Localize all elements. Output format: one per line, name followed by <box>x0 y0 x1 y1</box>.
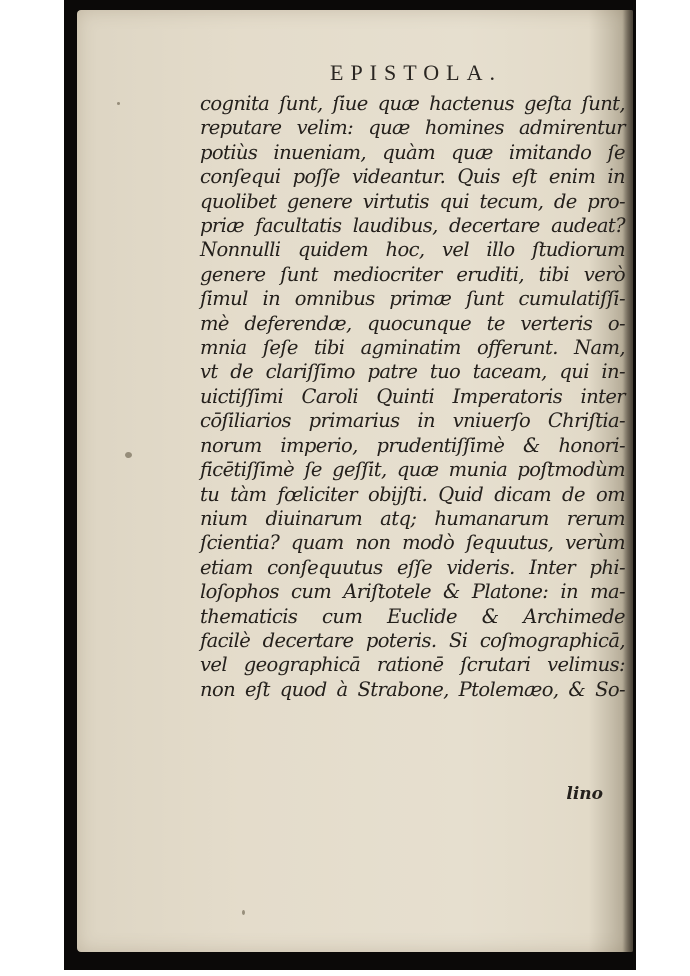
text-line: genere ſunt mediocriter eruditi, tibi ve… <box>200 263 625 287</box>
text-line: priæ facultatis laudibus, decertare aude… <box>200 214 625 238</box>
text-line: Nonnulli quidem hoc, vel illo ſtudiorum <box>200 238 625 262</box>
foxing-spot <box>117 102 120 105</box>
text-line: thematicis cum Euclide & Archimede <box>200 605 625 629</box>
book-page: EPISTOLA. cognita ſunt, ſiue quæ hactenu… <box>77 10 633 952</box>
text-line: vt de clariſſimo patre tuo taceam, qui i… <box>200 360 625 384</box>
catchword: lino <box>566 784 603 804</box>
text-line: tu tàm fœliciter obijſti. Quid dicam de … <box>200 483 625 507</box>
text-line: ſcientia? quam non modò ſequutus, verùm <box>200 531 625 555</box>
text-line: cōſiliarios primarius in vniuerſo Chriſt… <box>200 409 625 433</box>
body-text: cognita ſunt, ſiue quæ hactenus geſta ſu… <box>200 92 625 702</box>
text-line: norum imperio, prudentiſſimè & honori- <box>200 434 625 458</box>
text-line: non eſt quod à Strabone, Ptolemæo, & So- <box>200 678 625 702</box>
text-line: reputare velim: quæ homines admirentur <box>200 116 625 140</box>
text-line: loſophos cum Ariſtotele & Platone: in ma… <box>200 580 625 604</box>
text-line: cognita ſunt, ſiue quæ hactenus geſta ſu… <box>200 92 625 116</box>
text-line: etiam conſequutus eſſe videris. Inter ph… <box>200 556 625 580</box>
text-line: potiùs inueniam, quàm quæ imitando ſe <box>200 141 625 165</box>
text-line: ſimul in omnibus primæ ſunt cumulatiſſi- <box>200 287 625 311</box>
text-line: uictiſſimi Caroli Quinti Imperatoris int… <box>200 385 625 409</box>
text-line: vel geographicā rationē ſcrutari velimus… <box>200 653 625 677</box>
running-head: EPISTOLA. <box>77 60 633 86</box>
foxing-spot <box>242 910 245 915</box>
text-line: mè deferendæ, quocunque te verteris o- <box>200 312 625 336</box>
text-line: facilè decertare poteris. Si coſmographi… <box>200 629 625 653</box>
text-line: nium diuinarum atq; humanarum rerum <box>200 507 625 531</box>
text-line: ficētiſſimè ſe geſſit, quæ munia poſtmod… <box>200 458 625 482</box>
scan-frame: EPISTOLA. cognita ſunt, ſiue quæ hactenu… <box>64 0 636 970</box>
text-line: conſequi poſſe videantur. Quis eſt enim … <box>200 165 625 189</box>
text-line: mnia ſeſe tibi agminatim offerunt. Nam, <box>200 336 625 360</box>
foxing-spot <box>125 452 132 458</box>
text-line: quolibet genere virtutis qui tecum, de p… <box>200 190 625 214</box>
